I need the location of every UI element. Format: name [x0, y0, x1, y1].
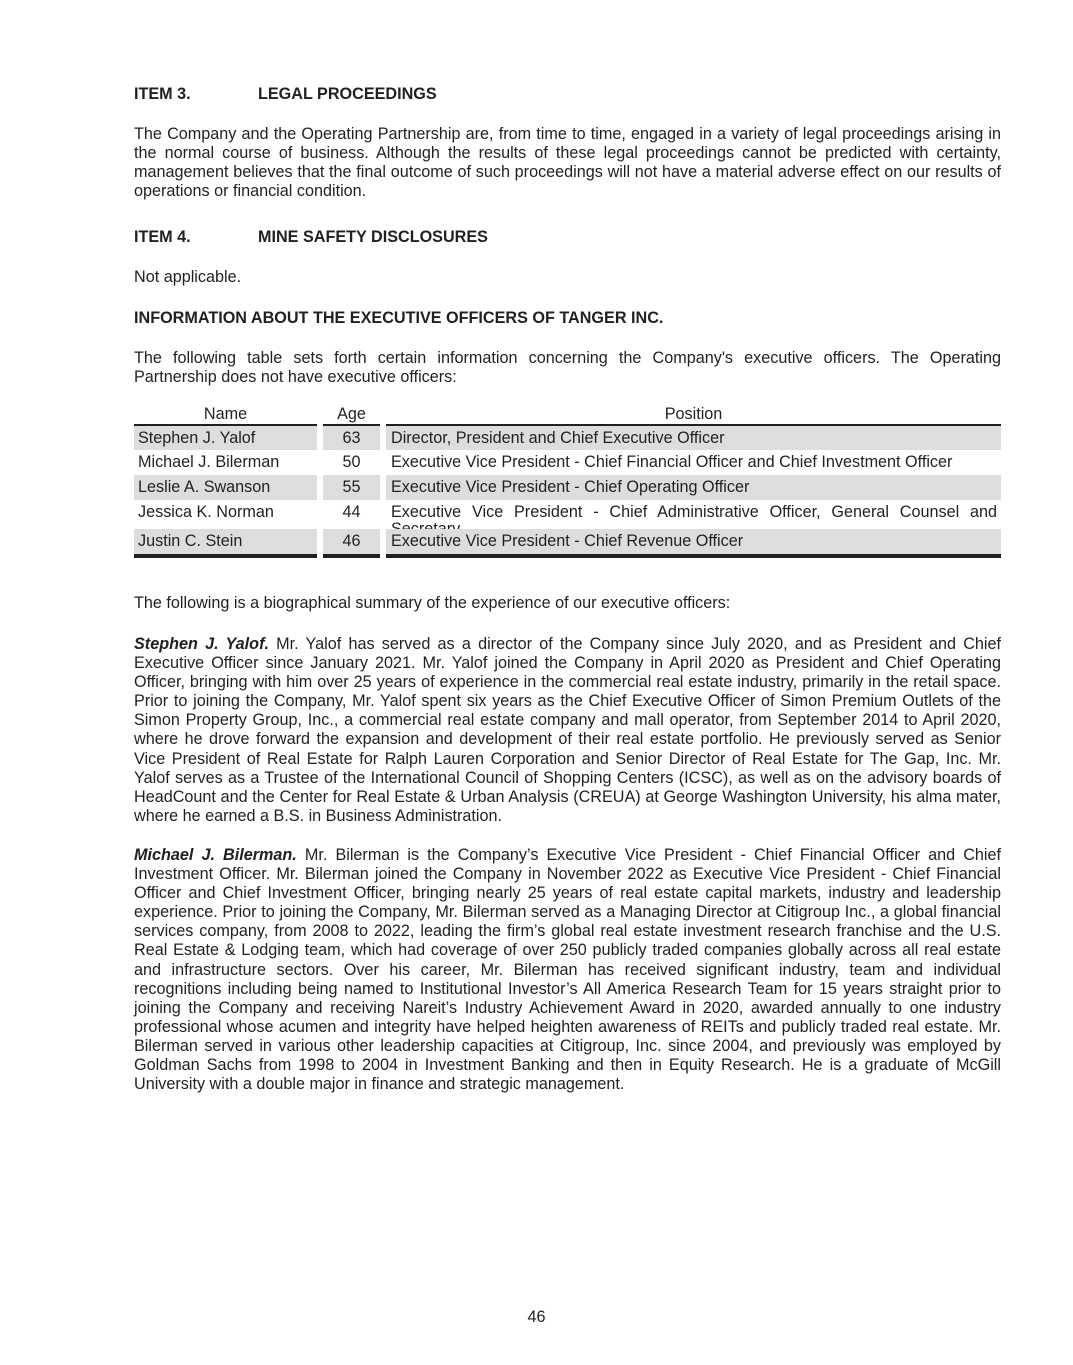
column-gap	[380, 475, 386, 500]
item3-number: ITEM 3.	[134, 84, 258, 104]
column-gap	[380, 529, 386, 554]
cell-name: Leslie A. Swanson	[138, 479, 270, 496]
item3-body: The Company and the Operating Partnershi…	[134, 125, 1001, 201]
bottom-rule	[134, 554, 317, 558]
cell-age: 55	[323, 479, 380, 496]
item4-number: ITEM 4.	[134, 227, 258, 247]
cell-age: 46	[323, 533, 380, 550]
table-row: Stephen J. Yalof63Director, President an…	[134, 426, 1001, 450]
column-gap	[317, 426, 323, 450]
officers-intro: The following table sets forth certain i…	[134, 349, 1001, 387]
column-gap	[317, 500, 323, 529]
column-gap	[380, 500, 386, 529]
table-header: Name Age Position	[134, 402, 1001, 426]
cell-age: 50	[323, 454, 380, 471]
cell-age: 63	[323, 430, 380, 447]
bottom-rule	[386, 554, 1001, 558]
bio-name: Michael J. Bilerman.	[134, 846, 297, 864]
column-gap	[317, 529, 323, 554]
bottom-rule	[323, 554, 380, 558]
cell-name: Justin C. Stein	[138, 533, 242, 550]
table-row: Jessica K. Norman44Executive Vice Presid…	[134, 500, 1001, 529]
column-gap	[380, 450, 386, 475]
executive-officers-table: Name Age Position Stephen J. Yalof63Dire…	[134, 402, 1001, 558]
cell-position: Executive Vice President - Chief Revenue…	[391, 533, 997, 550]
column-gap	[380, 426, 386, 450]
table-body: Stephen J. Yalof63Director, President an…	[134, 426, 1001, 554]
column-gap	[317, 475, 323, 500]
cell-position: Executive Vice President - Chief Financi…	[391, 454, 997, 471]
header-position: Position	[386, 405, 1001, 424]
bio-name: Stephen J. Yalof.	[134, 635, 269, 653]
table-bottom	[134, 554, 1001, 558]
cell-name: Michael J. Bilerman	[138, 454, 279, 471]
item3-heading: ITEM 3.LEGAL PROCEEDINGS	[134, 84, 437, 104]
item4-heading: ITEM 4.MINE SAFETY DISCLOSURES	[134, 227, 488, 247]
bio-text: Mr. Bilerman is the Company’s Executive …	[134, 846, 1001, 1093]
page-number: 46	[0, 1308, 1073, 1327]
table-row: Leslie A. Swanson55Executive Vice Presid…	[134, 475, 1001, 500]
cell-name: Stephen J. Yalof	[138, 430, 255, 447]
item3-title: LEGAL PROCEEDINGS	[258, 85, 437, 103]
bio-yalof: Stephen J. Yalof. Mr. Yalof has served a…	[134, 635, 1001, 826]
item4-body: Not applicable.	[134, 268, 1001, 287]
cell-age: 44	[323, 504, 380, 521]
table-row: Michael J. Bilerman50Executive Vice Pres…	[134, 450, 1001, 475]
cell-position: Director, President and Chief Executive …	[391, 430, 997, 447]
bio-intro: The following is a biographical summary …	[134, 594, 1001, 613]
bio-text: Mr. Yalof has served as a director of th…	[134, 635, 1001, 825]
cell-position: Executive Vice President - Chief Operati…	[391, 479, 997, 496]
bio-bilerman: Michael J. Bilerman. Mr. Bilerman is the…	[134, 846, 1001, 1094]
item4-title: MINE SAFETY DISCLOSURES	[258, 228, 488, 246]
header-age: Age	[323, 405, 380, 424]
cell-name: Jessica K. Norman	[138, 504, 274, 521]
column-gap	[317, 450, 323, 475]
officers-heading: INFORMATION ABOUT THE EXECUTIVE OFFICERS…	[134, 308, 663, 328]
table-row: Justin C. Stein46Executive Vice Presiden…	[134, 529, 1001, 554]
header-name: Name	[134, 405, 317, 424]
